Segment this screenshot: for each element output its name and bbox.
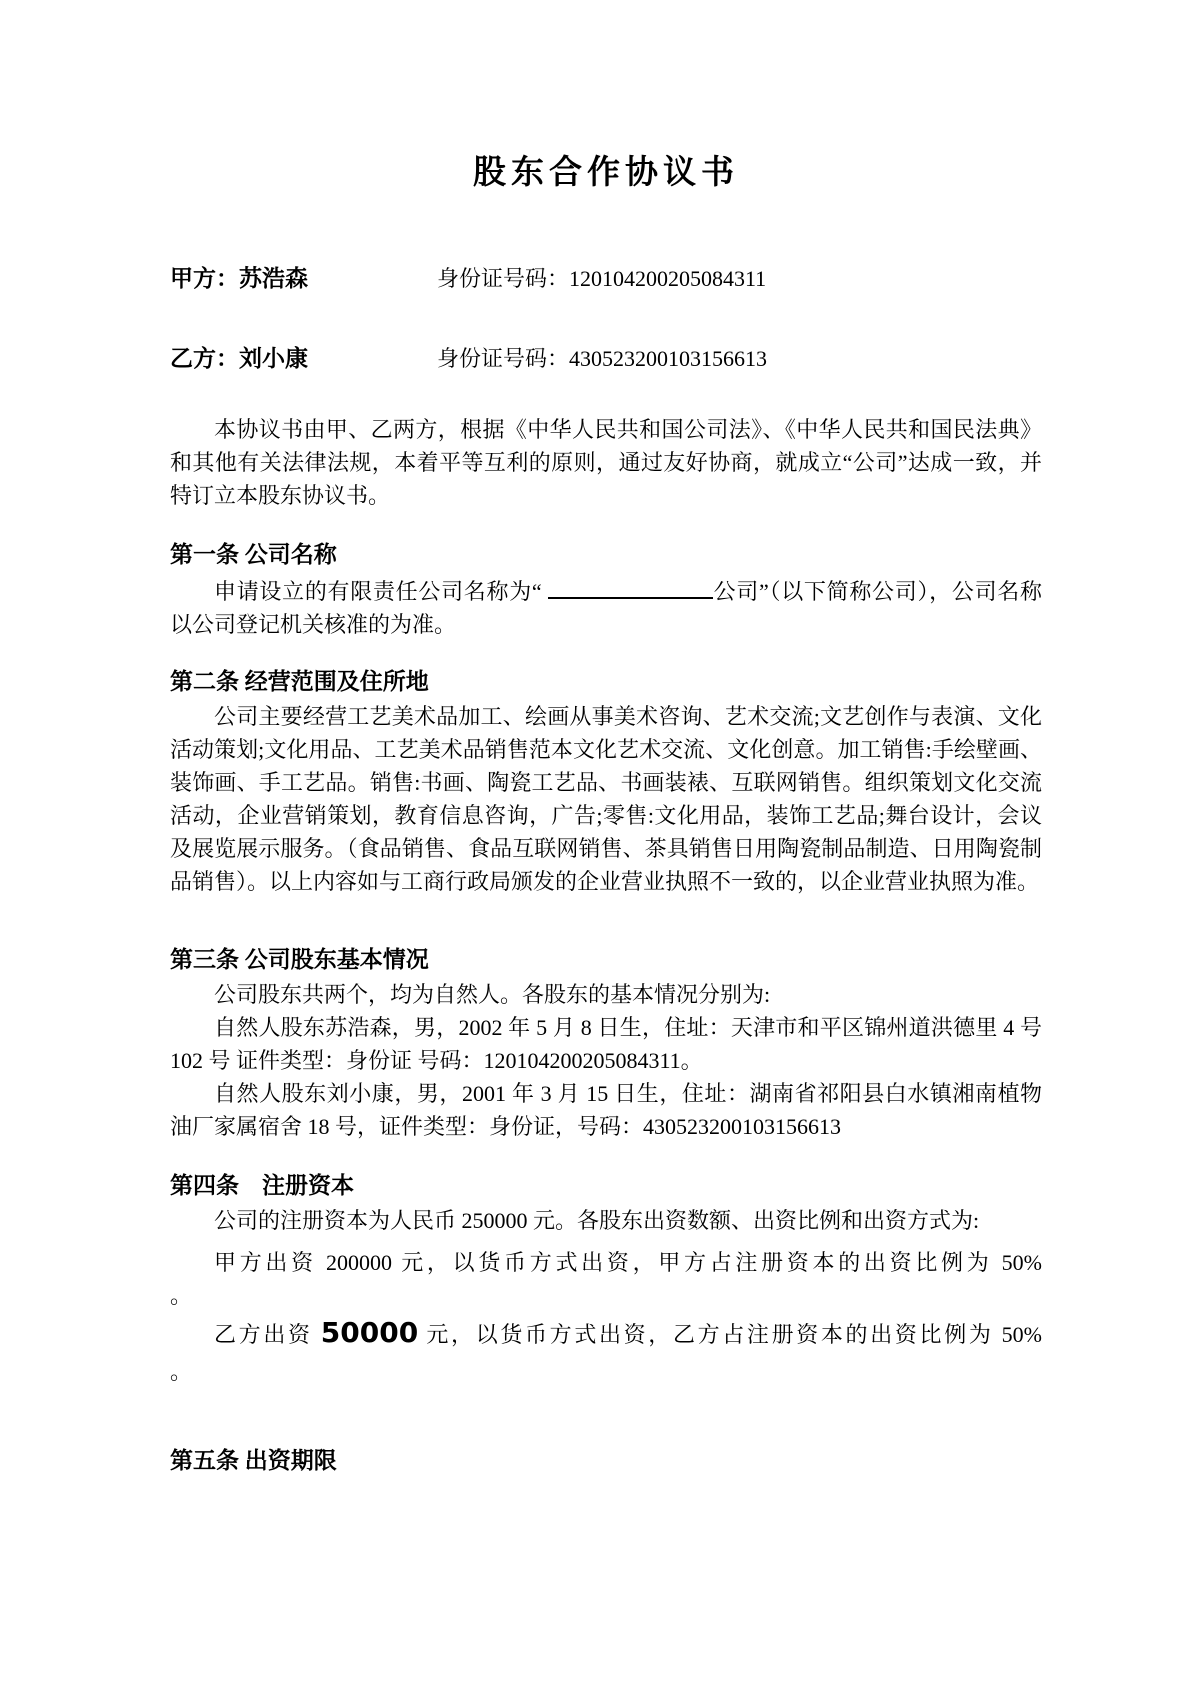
party-b-id-number: 身份证号码：430523200103156613 (437, 346, 767, 371)
clause-2-paragraph: 公司主要经营工艺美术品加工、绘画从事美术咨询、艺术交流;文艺创作与表演、文化活动… (170, 700, 1042, 898)
document-content: 股东合作协议书 甲方：苏浩森身份证号码：120104200205084311 乙… (0, 0, 1190, 1477)
clause-4-heading: 第四条 注册资本 (170, 1169, 1042, 1202)
clause-4-intro: 公司的注册资本为人民币 250000 元。各股东出资数额、出资比例和出资方式为: (170, 1204, 1042, 1237)
company-name-blank-underline (548, 573, 713, 599)
clause-4-party-b-period: 。 (170, 1355, 1042, 1388)
clause-1-paragraph: 申请设立的有限责任公司名称为“ 公司”（以下简称公司），公司名称以公司登记机关核… (170, 573, 1042, 641)
clause-4-party-b-text-after: 元，以货币方式出资，乙方占注册资本的出资比例为 50% (418, 1322, 1042, 1347)
clause-3-heading: 第三条 公司股东基本情况 (170, 943, 1042, 976)
document-page: 股东合作协议书 甲方：苏浩森身份证号码：120104200205084311 乙… (0, 0, 1190, 1683)
clause-4-party-a-period: 。 (170, 1279, 1042, 1312)
preamble-paragraph: 本协议书由甲、乙两方，根据《中华人民共和国公司法》、《中华人民共和国民法典》和其… (170, 413, 1042, 512)
party-a-name: 甲方：苏浩森 (170, 262, 437, 295)
clause-2-heading: 第二条 经营范围及住所地 (170, 665, 1042, 698)
party-a-id-number: 身份证号码：120104200205084311 (437, 266, 766, 291)
clause-3-shareholder-a: 自然人股东苏浩森，男，2002 年 5 月 8 日生，住址：天津市和平区锦州道洪… (170, 1011, 1042, 1077)
party-a-row: 甲方：苏浩森身份证号码：120104200205084311 (170, 262, 1042, 295)
clause-3-shareholder-b: 自然人股东刘小康，男，2001 年 3 月 15 日生，住址：湖南省祁阳县白水镇… (170, 1077, 1042, 1143)
clause-3-intro: 公司股东共两个，均为自然人。各股东的基本情况分别为: (170, 978, 1042, 1011)
clause-4-party-b-amount: 50000 (321, 1316, 418, 1349)
clause-4-party-a-contribution: 甲方出资 200000 元，以货币方式出资，甲方占注册资本的出资比例为 50% (170, 1246, 1042, 1279)
clause-5-heading: 第五条 出资期限 (170, 1444, 1042, 1477)
clause-4-party-b-text-before: 乙方出资 (214, 1322, 321, 1347)
clause-1-heading: 第一条 公司名称 (170, 538, 1042, 571)
party-b-row: 乙方：刘小康身份证号码：430523200103156613 (170, 342, 1042, 375)
party-b-name: 乙方：刘小康 (170, 342, 437, 375)
document-title: 股东合作协议书 (170, 150, 1042, 196)
clause-1-text-before-blank: 申请设立的有限责任公司名称为“ (214, 579, 548, 604)
clause-4-party-b-contribution: 乙方出资 50000 元，以货币方式出资，乙方占注册资本的出资比例为 50% (170, 1313, 1042, 1355)
